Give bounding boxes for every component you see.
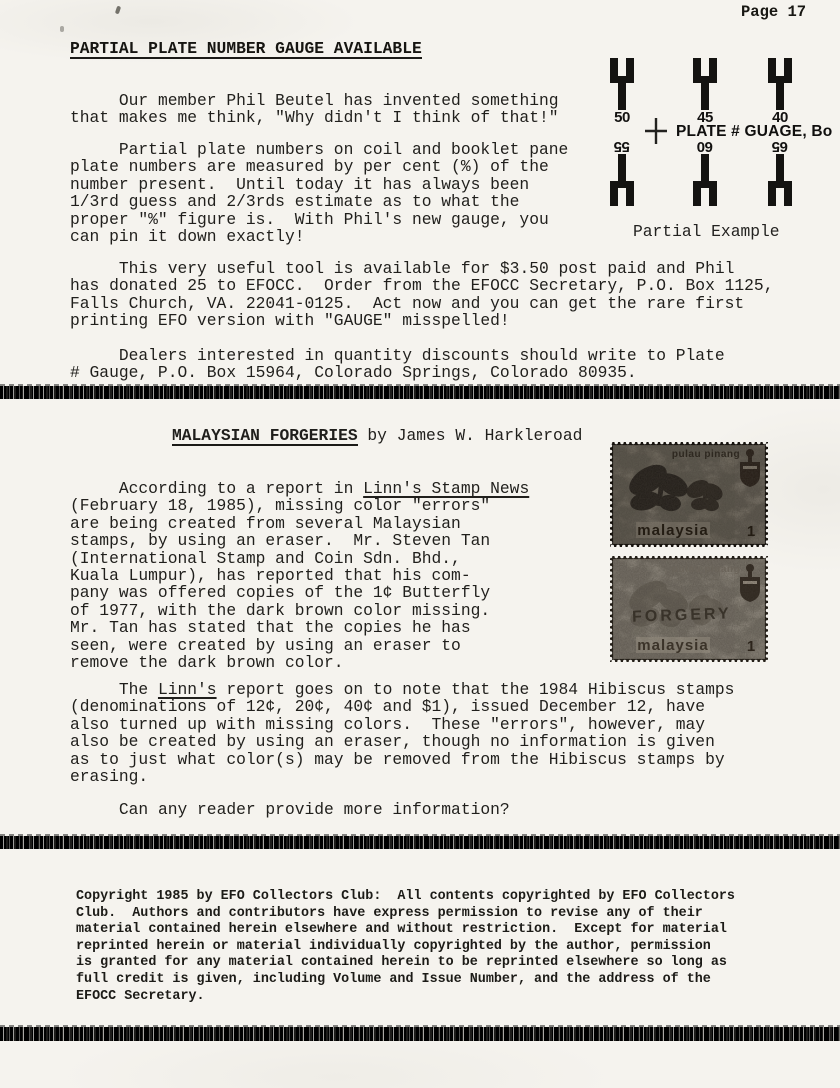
gauge-fork-icon xyxy=(767,58,793,110)
newsletter-page: Page 17 PARTIAL PLATE NUMBER GAUGE AVAIL… xyxy=(0,0,840,1088)
stamp-denomination: 1 xyxy=(747,523,755,540)
copyright-notice: Copyright 1985 by EFO Collectors Club: A… xyxy=(76,889,796,1005)
paragraph: Our member Phil Beutel has invented some… xyxy=(70,92,590,127)
divider-band xyxy=(0,836,840,849)
gauge-fork-icon xyxy=(609,58,635,110)
paragraph: This very useful tool is available for $… xyxy=(70,260,810,330)
article-title-gauge-text: PARTIAL PLATE NUMBER GAUGE AVAILABLE xyxy=(70,41,422,59)
stamp-image-forgery: pulau pinang FORGERY malaysia 1 xyxy=(610,556,768,662)
gauge-percent-label-inverted: 65 xyxy=(765,138,795,155)
scan-speck xyxy=(115,6,121,15)
gauge-fork-icon-inverted xyxy=(609,154,635,206)
paragraph-text: (February 18, 1985), missing color "erro… xyxy=(70,496,490,672)
publication-name: Linn's Stamp News xyxy=(363,479,529,498)
forgery-overprint: FORGERY xyxy=(632,605,732,625)
stamp-image-genuine: pulau pinang malaysia 1 xyxy=(610,442,768,547)
registration-cross-icon xyxy=(644,118,668,144)
paragraph-text: The xyxy=(70,680,158,699)
stamp-denomination: 1 xyxy=(747,638,755,655)
gauge-fork-icon-inverted xyxy=(767,154,793,206)
paragraph: Can any reader provide more information? xyxy=(70,801,670,818)
gauge-fork-icon-inverted xyxy=(692,154,718,206)
article-title-forgeries-text: MALAYSIAN FORGERIES xyxy=(172,428,358,446)
paragraph: Dealers interested in quantity discounts… xyxy=(70,347,810,382)
scan-speck xyxy=(60,26,64,32)
gauge-fork-icon xyxy=(692,58,718,110)
article-title-gauge: PARTIAL PLATE NUMBER GAUGE AVAILABLE xyxy=(70,40,422,59)
paragraph: According to a report in Linn's Stamp Ne… xyxy=(70,480,590,671)
paragraph-text: According to a report in xyxy=(70,479,363,498)
gauge-percent-label-inverted: 60 xyxy=(690,138,720,155)
gauge-caption: Partial Example xyxy=(633,222,780,241)
gauge-percent-label: 50 xyxy=(607,109,637,126)
divider-band xyxy=(0,1027,840,1041)
stamp-region-label: pulau pinang xyxy=(672,564,740,575)
divider-band xyxy=(0,386,840,399)
stamp-country-label: malaysia xyxy=(637,522,708,539)
stamp-country-label: malaysia xyxy=(637,637,708,654)
paragraph: Partial plate numbers on coil and bookle… xyxy=(70,141,610,245)
publication-name: Linn's xyxy=(158,680,217,699)
plate-gauge-illustration: 50 45 40 PLATE # GUAGE, Bo 55 60 65 xyxy=(600,52,840,214)
article-title-forgeries: MALAYSIAN FORGERIES by James W. Harklero… xyxy=(172,427,582,446)
gauge-percent-label-inverted: 55 xyxy=(607,138,637,155)
stamp-region-label: pulau pinang xyxy=(672,449,740,460)
article-byline: by James W. Harkleroad xyxy=(358,426,583,445)
page-number: Page 17 xyxy=(741,3,806,21)
paragraph: The Linn's report goes on to note that t… xyxy=(70,681,810,785)
